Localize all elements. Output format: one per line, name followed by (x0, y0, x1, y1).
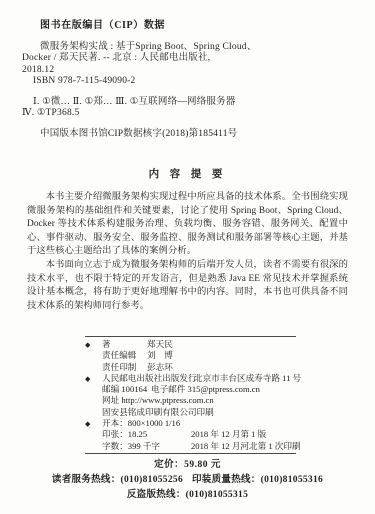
content-summary-title: 内 容 提 要 (27, 166, 348, 181)
diamond-bullet-icon: ◆ (85, 374, 102, 385)
content-summary-paragraph-1: 本书主要介绍微服务架构实现过程中所应具备的技术体系。全书围绕实现微服务架构的基础… (27, 191, 348, 259)
website-label: 网址 (102, 395, 119, 406)
author-label: 著 (102, 339, 147, 350)
author-name: 郑天民 (147, 339, 173, 350)
publisher-row: ◆ 人民邮电出版社出版发行 北京市丰台区成寿寺路 11 号 (85, 373, 296, 384)
print-editor-label: 责任印制 (102, 362, 147, 373)
hotline-row-2: 反盗版热线：(010)81055315 (0, 486, 375, 500)
email-label: 电子邮件 (151, 384, 185, 394)
cip-author-line: Docker / 郑天民著. -- 北京 : 人民邮电出版社, (22, 53, 357, 65)
cip-registry-line: 中国版本图书馆CIP数据核字(2018)第185411号 (22, 129, 357, 141)
cip-header: 图书在版编目（CIP）数据 (22, 20, 357, 32)
content-summary-paragraph-2: 本书面向立志于成为微服务架构师的后端开发人员，读者不需要有很深的技术水平，也不限… (27, 259, 348, 313)
sheets-value: 印张：18.25 (102, 429, 191, 440)
printer-name: 固安县铭成印刷有限公司印刷 (102, 407, 214, 418)
cip-year-line: 2018.12 (22, 65, 357, 77)
impression-value: 2018 年 12 月河北第 1 次印刷 (191, 441, 301, 452)
diamond-bullet-icon: ◆ (85, 340, 102, 351)
cip-class-line-1: Ⅰ. ①微… Ⅱ. ①郑… Ⅲ. ①互联网络—网络服务器 (22, 97, 357, 109)
editor-row: 责任编辑 刘 博 (85, 350, 296, 361)
colophon-body: ◆ 著 郑天民 责任编辑 刘 博 责任印制 彭志环 ◆ 人民邮电出版社出版发行 … (85, 337, 296, 453)
wordcount-impression-row: 字数：399 千字 2018 年 12 月河北第 1 次印刷 (85, 441, 296, 452)
colophon-bottom-rule (85, 453, 296, 454)
cip-isbn-line: ISBN 978-7-115-49090-2 (22, 76, 357, 88)
website-row: 网址 http://www.ptpress.com.cn (85, 395, 296, 406)
wordcount-value: 字数：399 千字 (102, 441, 191, 452)
sheets-edition-row: 印张：18.25 2018 年 12 月第 1 版 (85, 429, 296, 440)
hotline-row-1: 读者服务热线：(010)81055256印装质量热线：(010)81055316 (0, 471, 375, 485)
edition-value: 2018 年 12 月第 1 版 (191, 429, 266, 440)
cip-class-line-2: Ⅳ. ①TP368.5 (22, 108, 357, 120)
format-value: 开本：800×1000 1/16 (102, 418, 180, 429)
price-line: 定价：59.80 元 (0, 456, 375, 470)
postcode-label: 邮编 (102, 384, 119, 394)
diamond-bullet-icon: ◆ (85, 419, 102, 430)
email-pair: 电子邮件 315@ptpress.com.cn (151, 384, 260, 395)
email-value: 315@ptpress.com.cn (188, 384, 260, 394)
content-summary-section: 内 容 提 要 本书主要介绍微服务架构实现过程中所应具备的技术体系。全书围绕实现… (27, 166, 348, 313)
book-copyright-page: 图书在版编目（CIP）数据 微服务架构实战 : 基于Spring Boot、Sp… (0, 0, 375, 514)
print-editor-name: 彭志环 (147, 362, 173, 373)
postcode-value: 100164 (121, 384, 147, 394)
publisher-name: 人民邮电出版社出版发行 (102, 373, 194, 384)
editor-name: 刘 博 (147, 350, 173, 361)
cip-title-line: 微服务架构实战 : 基于Spring Boot、Spring Cloud、 (22, 42, 357, 54)
author-row: ◆ 著 郑天民 (85, 339, 296, 350)
format-row: ◆ 开本：800×1000 1/16 (85, 418, 296, 429)
postcode-email-row: 邮编 100164 电子邮件 315@ptpress.com.cn (85, 384, 296, 395)
reader-hotline: 读者服务热线：(010)81055256 (52, 475, 183, 485)
website-value: http://www.ptpress.com.cn (121, 395, 213, 406)
colophon-block: ◆ 著 郑天民 责任编辑 刘 博 责任印制 彭志环 ◆ 人民邮电出版社出版发行 … (85, 336, 296, 454)
cip-block: 图书在版编目（CIP）数据 微服务架构实战 : 基于Spring Boot、Sp… (22, 20, 357, 140)
printer-row: 固安县铭成印刷有限公司印刷 (85, 407, 296, 418)
editor-label: 责任编辑 (102, 350, 147, 361)
print-editor-row: 责任印制 彭志环 (85, 362, 296, 373)
postcode-pair: 邮编 100164 (102, 384, 151, 395)
publisher-address: 北京市丰台区成寿寺路 11 号 (194, 373, 301, 384)
quality-hotline: 印装质量热线：(010)81055316 (192, 475, 323, 485)
antipiracy-hotline: 反盗版热线：(010)81055315 (127, 490, 248, 500)
